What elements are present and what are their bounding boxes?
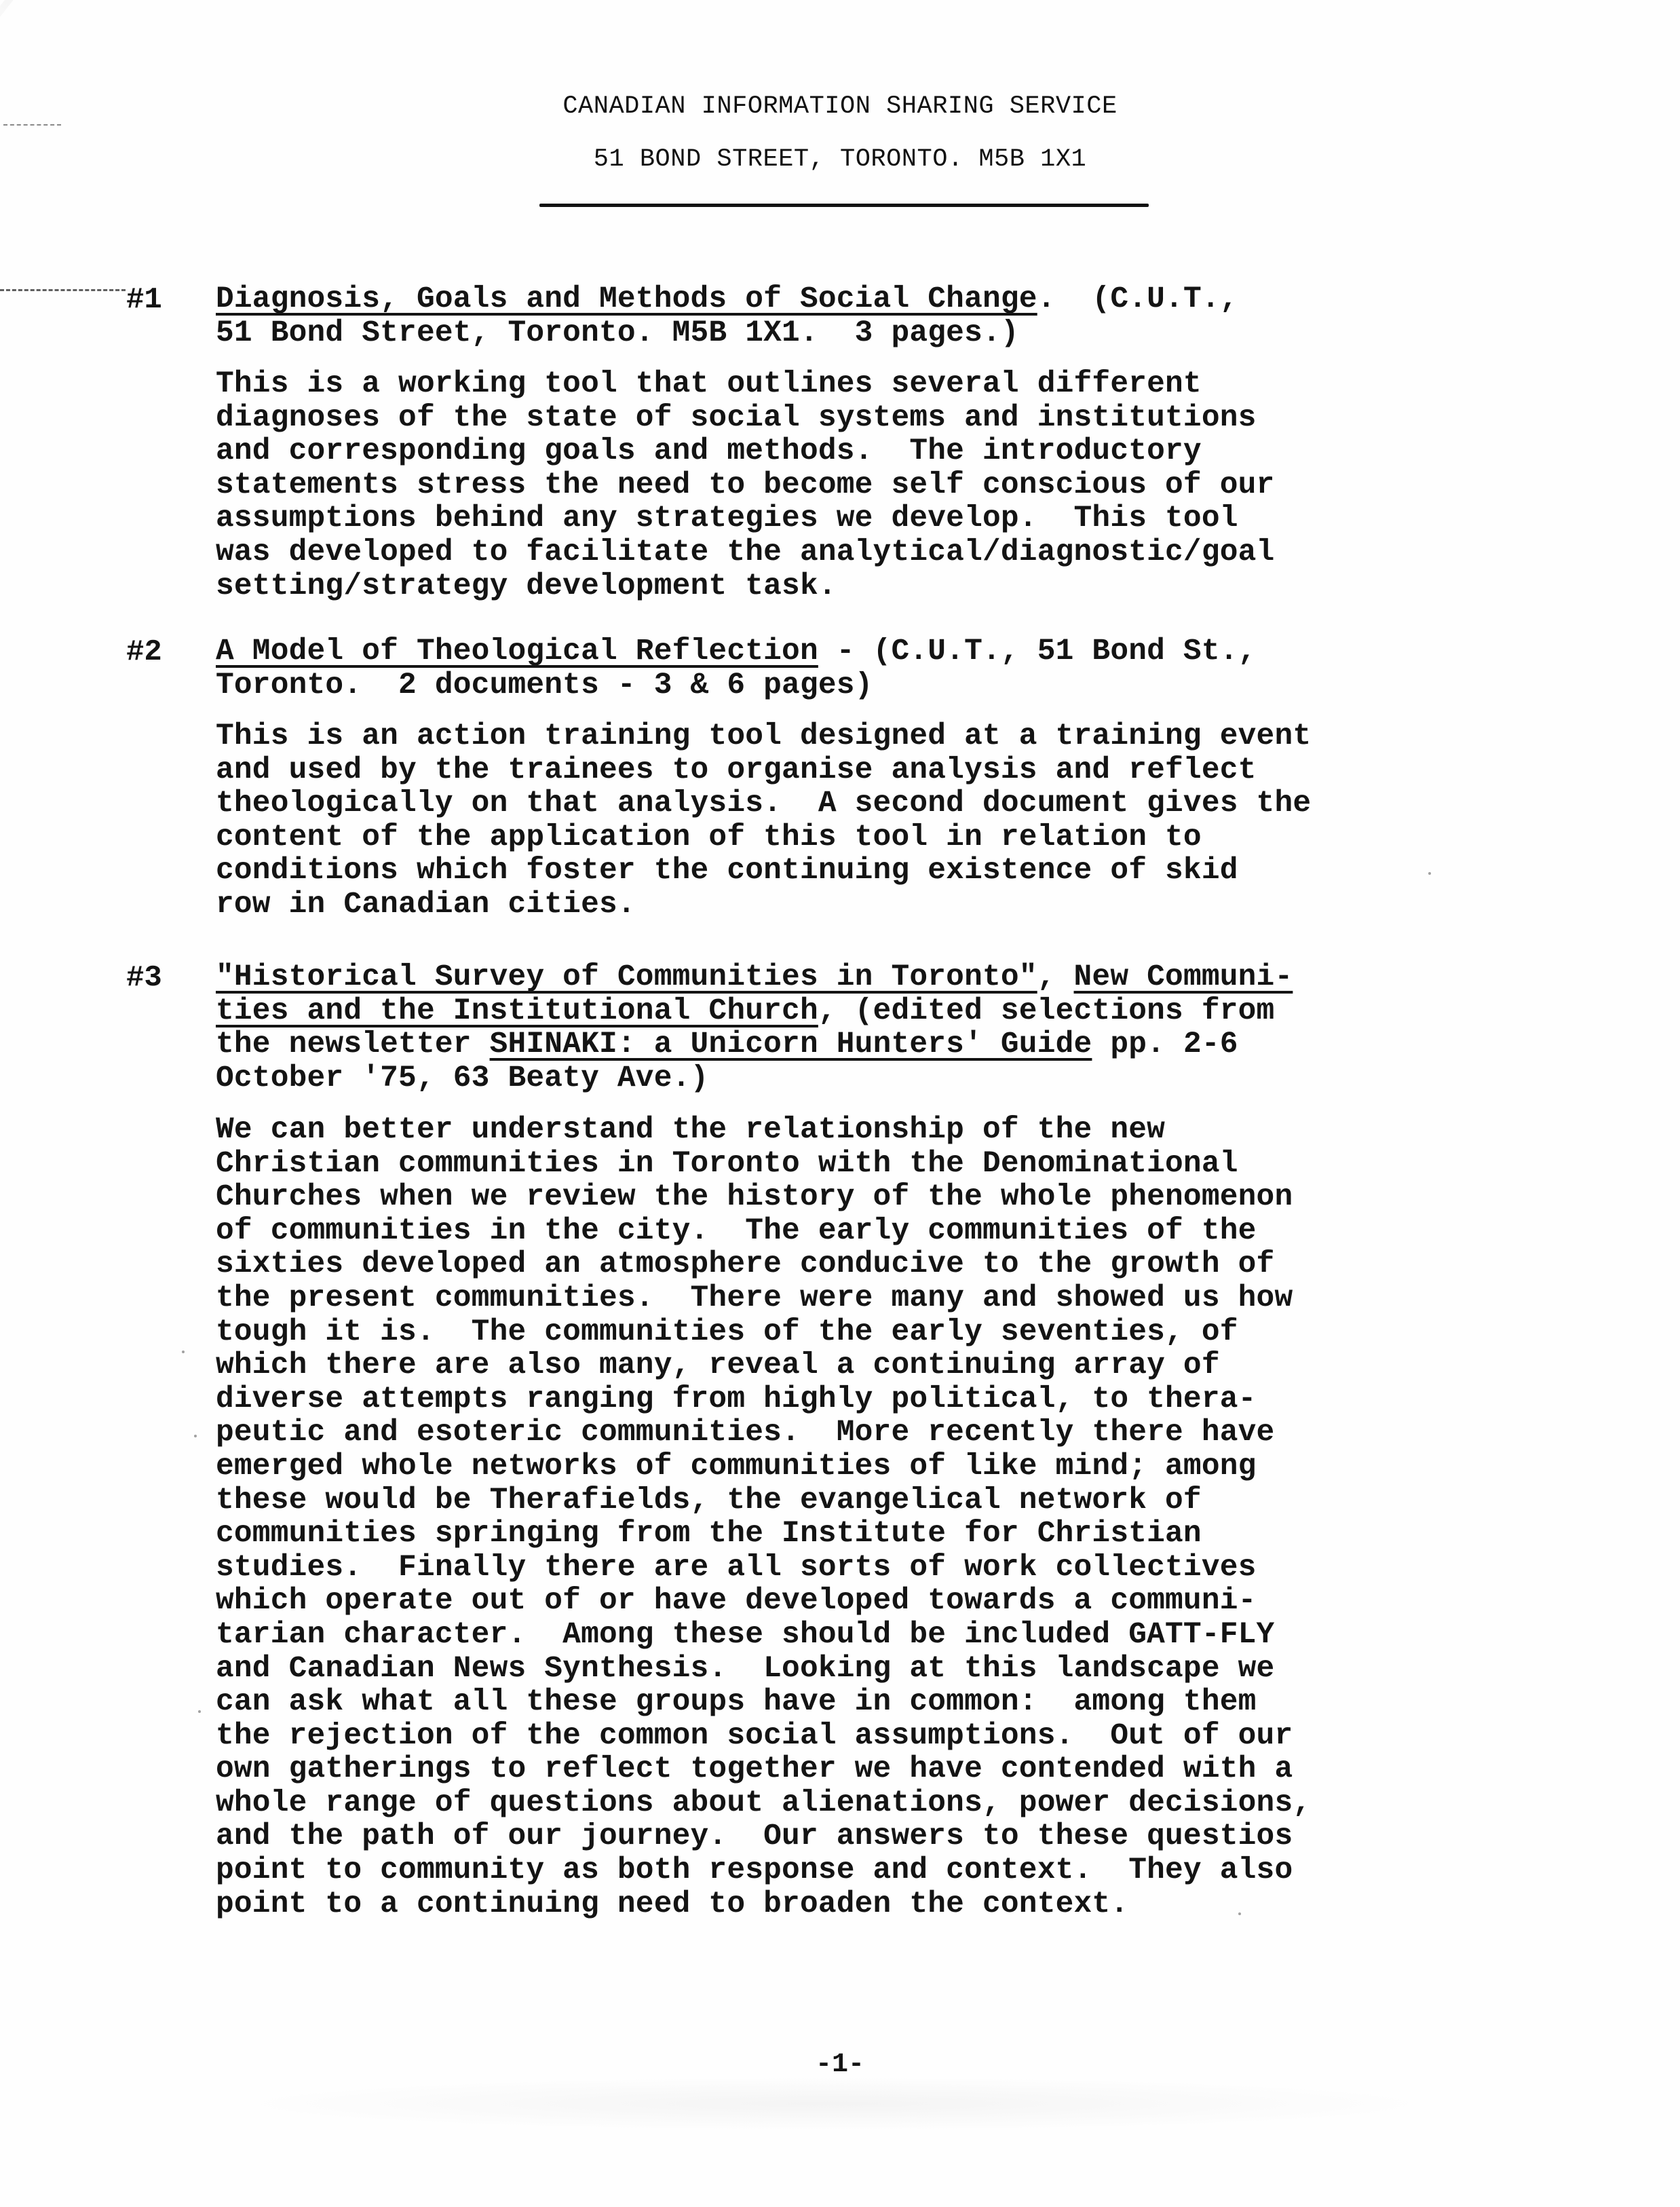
organization-name: CANADIAN INFORMATION SHARING SERVICE xyxy=(0,80,1680,133)
abstract-line: content of the application of this tool … xyxy=(216,821,1471,855)
citation-text: Toronto. 2 documents - 3 & 6 pages) xyxy=(216,668,873,702)
underlined-title: SHINAKI: a Unicorn Hunters' Guide xyxy=(490,1027,1092,1061)
entry-number: #3 xyxy=(126,961,162,995)
paper-speck xyxy=(182,1351,185,1353)
abstract-line: statements stress the need to become sel… xyxy=(216,469,1471,503)
citation-text: 51 Bond Street, Toronto. M5B 1X1. 3 page… xyxy=(216,316,1019,350)
entry-abstract: We can better understand the relationshi… xyxy=(216,1114,1471,1921)
abstract-line: studies. Finally there are all sorts of … xyxy=(216,1551,1471,1585)
abstract-line: point to a continuing need to broaden th… xyxy=(216,1888,1471,1922)
entry-citation: A Model of Theological Reflection - (C.U… xyxy=(216,635,1471,702)
citation-line: Diagnosis, Goals and Methods of Social C… xyxy=(216,283,1471,317)
abstract-line: the rejection of the common social assum… xyxy=(216,1720,1471,1754)
citation-line: Toronto. 2 documents - 3 & 6 pages) xyxy=(216,669,1471,703)
abstract-line: This is an action training tool designed… xyxy=(216,720,1471,754)
abstract-line: of communities in the city. The early co… xyxy=(216,1215,1471,1249)
abstract-line: and the path of our journey. Our answers… xyxy=(216,1820,1471,1854)
organization-address: 51 BOND STREET, TORONTO. M5B 1X1 xyxy=(0,133,1680,186)
abstract-line: can ask what all these groups have in co… xyxy=(216,1686,1471,1720)
abstract-line: and used by the trainees to organise ana… xyxy=(216,754,1471,788)
abstract-line: setting/strategy development task. xyxy=(216,570,1471,604)
abstract-line: We can better understand the relationshi… xyxy=(216,1114,1471,1148)
abstract-line: the present communities. There were many… xyxy=(216,1282,1471,1316)
abstract-line: Christian communities in Toronto with th… xyxy=(216,1148,1471,1182)
abstract-line: Churches when we review the history of t… xyxy=(216,1181,1471,1215)
letterhead: CANADIAN INFORMATION SHARING SERVICE 51 … xyxy=(0,80,1680,207)
page-number: -1- xyxy=(0,2050,1680,2080)
citation-line: October '75, 63 Beaty Ave.) xyxy=(216,1062,1471,1096)
citation-text: . (C.U.T., xyxy=(1037,282,1238,316)
paper-speck xyxy=(1428,872,1431,875)
abstract-line: theologically on that analysis. A second… xyxy=(216,787,1471,821)
abstract-line: these would be Therafields, the evangeli… xyxy=(216,1484,1471,1518)
abstract-line: point to community as both response and … xyxy=(216,1854,1471,1888)
citation-text: pp. 2-6 xyxy=(1092,1027,1238,1061)
abstract-line: diverse attempts ranging from highly pol… xyxy=(216,1383,1471,1417)
abstract-line: and Canadian News Synthesis. Looking at … xyxy=(216,1653,1471,1686)
abstract-line: communities springing from the Institute… xyxy=(216,1517,1471,1551)
paper-speck xyxy=(1238,1912,1241,1915)
underlined-title: Diagnosis, Goals and Methods of Social C… xyxy=(216,282,1037,316)
abstract-line: peutic and esoteric communities. More re… xyxy=(216,1416,1471,1450)
abstract-line: This is a working tool that outlines sev… xyxy=(216,368,1471,402)
abstract-line: own gatherings to reflect together we ha… xyxy=(216,1753,1471,1787)
underlined-title: ties and the Institutional Church xyxy=(216,994,818,1028)
bleed-through-text xyxy=(224,2077,1445,2131)
abstract-line: assumptions behind any strategies we dev… xyxy=(216,502,1471,536)
citation-line: ties and the Institutional Church, (edit… xyxy=(216,995,1471,1029)
abstract-line: was developed to facilitate the analytic… xyxy=(216,536,1471,570)
entry-citation: Diagnosis, Goals and Methods of Social C… xyxy=(216,283,1471,350)
citation-text: October '75, 63 Beaty Ave.) xyxy=(216,1061,708,1095)
abstract-line: whole range of questions about alienatio… xyxy=(216,1787,1471,1821)
underlined-title: New Communi- xyxy=(1074,960,1293,994)
entry-abstract: This is an action training tool designed… xyxy=(216,720,1471,922)
citation-line: A Model of Theological Reflection - (C.U… xyxy=(216,635,1471,669)
abstract-line: which there are also many, reveal a cont… xyxy=(216,1349,1471,1383)
abstract-line: emerged whole networks of communities of… xyxy=(216,1450,1471,1484)
underlined-title: A Model of Theological Reflection xyxy=(216,635,818,668)
abstract-line: sixties developed an atmosphere conduciv… xyxy=(216,1248,1471,1282)
abstract-line: and corresponding goals and methods. The… xyxy=(216,435,1471,469)
paper-speck xyxy=(198,1710,201,1713)
entry-number: #2 xyxy=(126,635,162,669)
underlined-title: "Historical Survey of Communities in Tor… xyxy=(216,960,1037,994)
entry-citation: "Historical Survey of Communities in Tor… xyxy=(216,961,1471,1095)
citation-line: the newsletter SHINAKI: a Unicorn Hunter… xyxy=(216,1028,1471,1062)
document-page: CANADIAN INFORMATION SHARING SERVICE 51 … xyxy=(0,0,1680,2207)
citation-text: - (C.U.T., 51 Bond St., xyxy=(818,635,1257,668)
citation-line: "Historical Survey of Communities in Tor… xyxy=(216,961,1471,995)
citation-line: 51 Bond Street, Toronto. M5B 1X1. 3 page… xyxy=(216,317,1471,351)
paper-speck xyxy=(194,1435,197,1437)
entry-abstract: This is a working tool that outlines sev… xyxy=(216,368,1471,603)
abstract-line: tarian character. Among these should be … xyxy=(216,1619,1471,1653)
citation-text: the newsletter xyxy=(216,1027,490,1061)
citation-text: , (edited selections from xyxy=(818,994,1275,1028)
abstract-line: diagnoses of the state of social systems… xyxy=(216,402,1471,436)
entry-number: #1 xyxy=(126,283,162,317)
abstract-line: which operate out of or have developed t… xyxy=(216,1585,1471,1619)
letterhead-rule xyxy=(539,204,1149,207)
citation-text: , xyxy=(1037,960,1074,994)
abstract-line: conditions which foster the continuing e… xyxy=(216,854,1471,888)
paper-crease xyxy=(0,0,153,45)
margin-mark xyxy=(0,289,126,291)
abstract-line: row in Canadian cities. xyxy=(216,888,1471,922)
abstract-line: tough it is. The communities of the earl… xyxy=(216,1316,1471,1350)
